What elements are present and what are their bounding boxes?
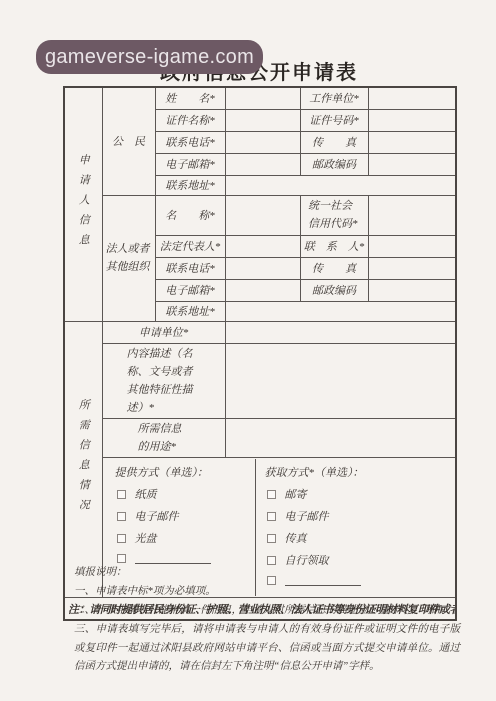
request-description-input[interactable] bbox=[225, 343, 456, 419]
table-row: 所需信息情况 申请单位* bbox=[64, 321, 456, 343]
legal-postcode-label: 邮政编码 bbox=[300, 279, 368, 301]
checkbox-icon[interactable] bbox=[267, 490, 276, 499]
citizen-postcode-label: 邮政编码 bbox=[300, 153, 368, 175]
obtain-method-header: 获取方式*（单选）： bbox=[265, 464, 444, 480]
citizen-address-input[interactable] bbox=[225, 175, 456, 195]
instructions-heading: 填报说明： bbox=[74, 564, 460, 583]
request-description-label: 内容描述（名称、文号或者其他特征性描述）* bbox=[102, 343, 225, 419]
legal-contact-input[interactable] bbox=[368, 235, 456, 257]
legal-group-label: 法人或者其他组织 bbox=[102, 195, 155, 321]
applicant-section-label: 申请人信息 bbox=[64, 87, 102, 321]
table-row: 申请人信息 公 民 姓 名* 工作单位* bbox=[64, 87, 456, 109]
citizen-idtype-label: 证件名称* bbox=[155, 109, 225, 131]
instruction-item: 一、申请表中标*项为必填项。 bbox=[74, 583, 460, 602]
checkbox-option-provide-other[interactable] bbox=[117, 552, 246, 564]
legal-group-label-text: 法人或者其他组织 bbox=[106, 240, 156, 276]
checkbox-icon[interactable] bbox=[267, 534, 276, 543]
citizen-phone-label: 联系电话* bbox=[155, 131, 225, 153]
request-unit-input[interactable] bbox=[225, 321, 456, 343]
request-section-label: 所需信息情况 bbox=[64, 321, 102, 598]
table-row: 法人或者其他组织 名 称* 统一社会信用代码* bbox=[64, 195, 456, 235]
citizen-idnumber-label: 证件号码* bbox=[300, 109, 368, 131]
checkbox-icon[interactable] bbox=[117, 490, 126, 499]
option-label: 光盘 bbox=[135, 530, 157, 546]
citizen-idnumber-input[interactable] bbox=[368, 109, 456, 131]
option-label: 电子邮件 bbox=[135, 508, 179, 524]
legal-fax-input[interactable] bbox=[368, 257, 456, 279]
request-unit-label: 申请单位* bbox=[102, 321, 225, 343]
legal-creditcode-label: 统一社会信用代码* bbox=[300, 195, 368, 235]
citizen-workunit-input[interactable] bbox=[368, 87, 456, 109]
legal-creditcode-input[interactable] bbox=[368, 195, 456, 235]
checkbox-icon[interactable] bbox=[117, 554, 126, 563]
legal-email-input[interactable] bbox=[225, 279, 300, 301]
request-purpose-label: 所需信息的用途* bbox=[102, 419, 225, 458]
legal-email-label: 电子邮箱* bbox=[155, 279, 225, 301]
request-description-label-text: 内容描述（名称、文号或者其他特征性描述）* bbox=[127, 345, 201, 418]
checkbox-option-fax[interactable]: 传真 bbox=[267, 530, 444, 546]
citizen-fax-label: 传 真 bbox=[300, 131, 368, 153]
checkbox-option-email-obtain[interactable]: 电子邮件 bbox=[267, 508, 444, 524]
legal-phone-label: 联系电话* bbox=[155, 257, 225, 279]
option-label: 邮寄 bbox=[285, 486, 307, 502]
other-blank-line[interactable] bbox=[135, 552, 211, 564]
legal-phone-input[interactable] bbox=[225, 257, 300, 279]
table-row: 内容描述（名称、文号或者其他特征性描述）* bbox=[64, 343, 456, 419]
option-label: 电子邮件 bbox=[285, 508, 329, 524]
legal-fax-label: 传 真 bbox=[300, 257, 368, 279]
citizen-fax-input[interactable] bbox=[368, 131, 456, 153]
request-purpose-label-text: 所需信息的用途* bbox=[138, 420, 190, 456]
legal-representative-label: 法定代表人* bbox=[155, 235, 225, 257]
citizen-name-label: 姓 名* bbox=[155, 87, 225, 109]
legal-representative-input[interactable] bbox=[225, 235, 300, 257]
legal-address-label: 联系地址* bbox=[155, 301, 225, 321]
checkbox-option-mail[interactable]: 邮寄 bbox=[267, 486, 444, 502]
checkbox-icon[interactable] bbox=[117, 534, 126, 543]
citizen-email-label: 电子邮箱* bbox=[155, 153, 225, 175]
citizen-workunit-label: 工作单位* bbox=[300, 87, 368, 109]
citizen-name-input[interactable] bbox=[225, 87, 300, 109]
option-label: 传真 bbox=[285, 530, 307, 546]
watermark-badge: gameverse-igame.com bbox=[36, 40, 263, 74]
instruction-item: 二、一张申请表只能申请一件信息，申请人对所需信息的描述应尽量详尽、明确。 bbox=[74, 602, 460, 621]
legal-creditcode-label-text: 统一社会信用代码* bbox=[308, 197, 360, 233]
citizen-postcode-input[interactable] bbox=[368, 153, 456, 175]
legal-contact-label: 联 系 人* bbox=[300, 235, 368, 257]
citizen-email-input[interactable] bbox=[225, 153, 300, 175]
watermark-text: gameverse-igame.com bbox=[45, 46, 254, 69]
citizen-address-label: 联系地址* bbox=[155, 175, 225, 195]
checkbox-icon[interactable] bbox=[267, 512, 276, 521]
application-form-table: 申请人信息 公 民 姓 名* 工作单位* 证件名称* 证件号码* 联系电话* 传… bbox=[63, 86, 457, 621]
checkbox-option-email-copy[interactable]: 电子邮件 bbox=[117, 508, 246, 524]
table-row: 所需信息的用途* bbox=[64, 419, 456, 458]
legal-name-label: 名 称* bbox=[155, 195, 225, 235]
legal-name-input[interactable] bbox=[225, 195, 300, 235]
page: gameverse-igame.com 政府信息公开申请表 申请人信息 公 民 … bbox=[0, 0, 496, 701]
legal-postcode-input[interactable] bbox=[368, 279, 456, 301]
legal-address-input[interactable] bbox=[225, 301, 456, 321]
provide-method-header: 提供方式（单选）： bbox=[115, 464, 246, 480]
instruction-item: 三、申请表填写完毕后，请将申请表与申请人的有效身份证件或证明文件的电子版或复印件… bbox=[74, 621, 460, 678]
checkbox-icon[interactable] bbox=[117, 512, 126, 521]
option-label: 纸质 bbox=[135, 486, 157, 502]
request-purpose-input[interactable] bbox=[225, 419, 456, 458]
checkbox-option-disc[interactable]: 光盘 bbox=[117, 530, 246, 546]
citizen-phone-input[interactable] bbox=[225, 131, 300, 153]
citizen-idtype-input[interactable] bbox=[225, 109, 300, 131]
checkbox-option-paper[interactable]: 纸质 bbox=[117, 486, 246, 502]
citizen-group-label: 公 民 bbox=[102, 87, 155, 195]
filling-instructions: 填报说明： 一、申请表中标*项为必填项。 二、一张申请表只能申请一件信息，申请人… bbox=[74, 564, 460, 677]
